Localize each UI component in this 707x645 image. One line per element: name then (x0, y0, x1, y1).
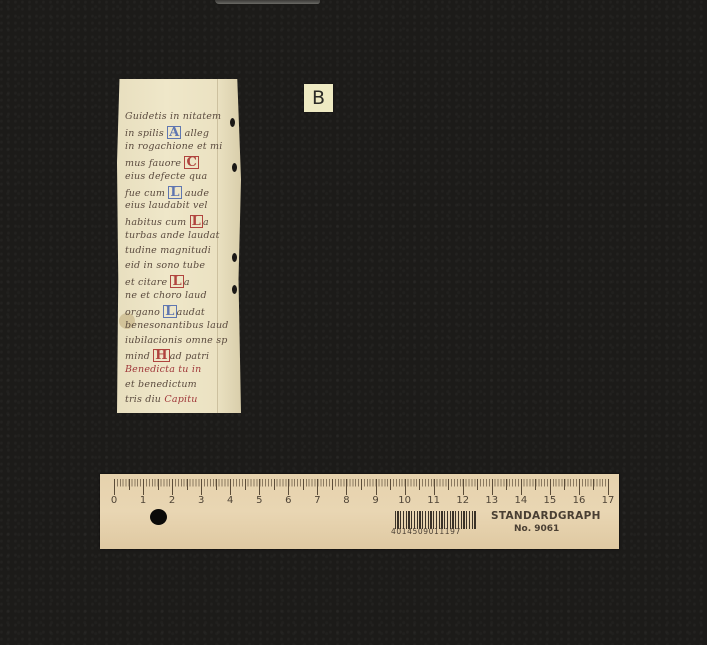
ruler-half-tick (245, 479, 246, 490)
manuscript-line: Guidetis in nitatem (125, 111, 221, 122)
ruler-scale-label: 8 (343, 495, 349, 506)
ruler-major-tick (288, 479, 289, 495)
manuscript-line: fue cum L aude (125, 186, 209, 199)
manuscript-text: ad patri (170, 351, 210, 362)
ruler-major-tick (434, 479, 435, 495)
manuscript-text: eid in sono tube (125, 260, 205, 271)
manuscript-text: in spilis (125, 128, 167, 139)
manuscript-text: mus fauore (125, 158, 184, 169)
manuscript-line: eid in sono tube (125, 260, 205, 271)
ruler-half-tick (535, 479, 536, 490)
ruler-hang-hole (150, 509, 167, 525)
manuscript-text: habitus cum (125, 217, 190, 228)
decorated-initial: H (153, 349, 169, 362)
ruler-scale-label: 13 (485, 495, 498, 506)
manuscript-text: alleg (181, 128, 209, 139)
manuscript-line: tris diu Capitu (125, 394, 198, 405)
ruler-major-tick (608, 479, 609, 495)
manuscript-text: a (203, 217, 209, 228)
ruler-major-tick (230, 479, 231, 495)
ruler-scale-label: 14 (514, 495, 527, 506)
parchment-hole (232, 163, 237, 172)
manuscript-line: Benedicta tu in (125, 364, 201, 375)
ruler-major-tick (492, 479, 493, 495)
ruler-major-tick (201, 479, 202, 495)
manuscript-text: turbas ande laudat (125, 230, 220, 241)
ruler-major-tick (521, 479, 522, 495)
manuscript-line: iubilacionis omne sp (125, 335, 228, 346)
ruler-major-tick (317, 479, 318, 495)
ruler-scale-label: 4 (227, 495, 233, 506)
ruler-half-tick (361, 479, 362, 490)
ruler-half-tick (274, 479, 275, 490)
ruler-major-tick (463, 479, 464, 495)
ruler-half-tick (593, 479, 594, 490)
manuscript-line: organo Laudat (125, 305, 205, 318)
parchment-hole (230, 118, 235, 127)
parchment-fold-line (217, 79, 218, 413)
decorated-initial: L (168, 186, 181, 199)
ruler-scale-label: 11 (427, 495, 440, 506)
ruler-scale-label: 0 (111, 495, 117, 506)
manuscript-text: fue cum (125, 188, 168, 199)
ruler-major-tick (579, 479, 580, 495)
decorated-initial: L (163, 305, 176, 318)
parchment-hole (232, 285, 237, 294)
manuscript-line: mus fauore C (125, 156, 199, 169)
dark-object-edge (215, 0, 320, 4)
decorated-initial: C (184, 156, 199, 169)
manuscript-text: ne et choro laud (125, 290, 207, 301)
ruler-half-tick (506, 479, 507, 490)
manuscript-text: in rogachione et mi (125, 141, 222, 152)
manuscript-text: benesonantibus laud (125, 320, 229, 331)
manuscript-text: tudine magnitudi (125, 245, 211, 256)
ruler-half-tick (564, 479, 565, 490)
barcode-number: 4014509011197 (391, 527, 461, 536)
manuscript-fragment: Guidetis in nitatemin spilis A allegin r… (117, 79, 241, 413)
ruler-half-tick (477, 479, 478, 490)
manuscript-text: Capitu (164, 394, 197, 405)
ruler-scale-label: 9 (372, 495, 378, 506)
measuring-ruler: 4014509011197 STANDARDGRAPH No. 9061 012… (100, 474, 619, 549)
ruler-scale-label: 12 (456, 495, 469, 506)
ruler-scale-label: 2 (169, 495, 175, 506)
ruler-scale-label: 7 (314, 495, 320, 506)
manuscript-line: et citare La (125, 275, 190, 288)
ruler-scale-label: 3 (198, 495, 204, 506)
ruler-major-tick (346, 479, 347, 495)
ruler-major-tick (405, 479, 406, 495)
manuscript-text: eius laudabit vel (125, 200, 208, 211)
ruler-scale-label: 15 (544, 495, 557, 506)
ruler-half-tick (303, 479, 304, 490)
manuscript-line: tudine magnitudi (125, 245, 211, 256)
manuscript-line: ne et choro laud (125, 290, 207, 301)
manuscript-text: audat (177, 307, 205, 318)
ruler-scale-label: 17 (602, 495, 615, 506)
ruler-half-tick (216, 479, 217, 490)
manuscript-line: eius defecte qua (125, 171, 207, 182)
ruler-half-tick (448, 479, 449, 490)
ruler-half-tick (390, 479, 391, 490)
manuscript-line: turbas ande laudat (125, 230, 220, 241)
ruler-half-tick (419, 479, 420, 490)
ruler-scale-label: 16 (573, 495, 586, 506)
ruler-major-tick (259, 479, 260, 495)
manuscript-text: et benedictum (125, 379, 197, 390)
decorated-initial: L (190, 215, 203, 228)
ruler-half-tick (129, 479, 130, 490)
ruler-model: No. 9061 (514, 524, 559, 534)
ruler-brand: STANDARDGRAPH (491, 510, 601, 522)
ruler-scale-label: 1 (140, 495, 146, 506)
manuscript-text: organo (125, 307, 163, 318)
manuscript-text: et citare (125, 277, 170, 288)
decorated-initial: L (170, 275, 183, 288)
manuscript-line: in spilis A alleg (125, 126, 209, 139)
manuscript-line: in rogachione et mi (125, 141, 222, 152)
manuscript-text: a (184, 277, 190, 288)
ruler-major-tick (114, 479, 115, 495)
ruler-scale-label: 10 (398, 495, 411, 506)
manuscript-text: aude (182, 188, 210, 199)
manuscript-line: benesonantibus laud (125, 320, 229, 331)
manuscript-line: eius laudabit vel (125, 200, 208, 211)
manuscript-line: habitus cum La (125, 215, 209, 228)
ruler-major-tick (172, 479, 173, 495)
manuscript-text: tris diu (125, 394, 164, 405)
manuscript-text: mind (125, 351, 153, 362)
ruler-major-tick (143, 479, 144, 495)
ruler-major-tick (376, 479, 377, 495)
manuscript-text: Guidetis in nitatem (125, 111, 221, 122)
manuscript-line: mind Had patri (125, 349, 209, 362)
ruler-half-tick (158, 479, 159, 490)
manuscript-text: eius defecte qua (125, 171, 207, 182)
ruler-half-tick (332, 479, 333, 490)
ruler-scale-label: 6 (285, 495, 291, 506)
parchment-hole (232, 253, 237, 262)
manuscript-text: iubilacionis omne sp (125, 335, 228, 346)
specimen-label: B (304, 84, 333, 112)
manuscript-text: Benedicta tu in (125, 364, 201, 375)
decorated-initial: A (167, 126, 181, 139)
manuscript-line: et benedictum (125, 379, 197, 390)
ruler-half-tick (187, 479, 188, 490)
ruler-scale-label: 5 (256, 495, 262, 506)
ruler-major-tick (550, 479, 551, 495)
